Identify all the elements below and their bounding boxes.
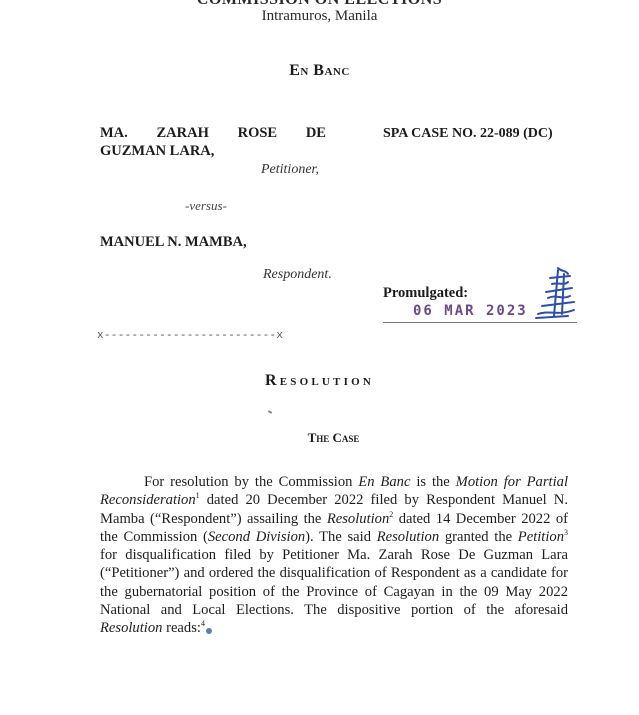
body-text-segment: Resolution: [327, 511, 389, 527]
footnote-ref[interactable]: 3: [564, 528, 568, 537]
footnote-ref[interactable]: 4: [201, 620, 205, 629]
petitioner-name-word: ZARAH: [157, 125, 209, 142]
petitioner-name-word: ROSE: [238, 125, 278, 142]
body-text-segment: Petition: [518, 529, 564, 545]
body-text-segment: Second Division: [208, 529, 305, 545]
body-paragraph: For resolution by the Commission En Banc…: [100, 473, 568, 638]
case-number: SPA CASE NO. 22-089 (DC): [383, 126, 553, 142]
petitioner-name-word: DE: [306, 125, 326, 142]
agency-location: Intramuros, Manila: [0, 8, 639, 25]
petitioner-name-line2: GUZMAN LARA,: [100, 143, 214, 160]
promulgated-label: Promulgated:: [383, 285, 468, 302]
section-heading: The Case: [0, 430, 639, 446]
annotation-marker-icon: [206, 628, 212, 634]
body-text-segment: is the: [410, 474, 455, 490]
body-text-segment: Resolution: [377, 529, 439, 545]
promulgated-rule: [383, 322, 577, 323]
body-text-segment: for disqualification filed by Petitioner…: [100, 547, 568, 618]
promulgated-date-stamp: 06 MAR 2023: [413, 303, 528, 319]
petitioner-role: Petitioner,: [261, 162, 319, 178]
body-text-segment: granted the: [439, 529, 518, 545]
scan-mark: [268, 410, 272, 414]
versus-label: -versus-: [185, 198, 227, 214]
petitioner-name-word: MA.: [100, 125, 128, 142]
document-title: Resolution: [0, 372, 639, 390]
body-text-segment: For resolution by the Commission: [144, 474, 358, 490]
body-text-segment: reads:: [162, 620, 201, 636]
division-heading: En Banc: [0, 62, 639, 80]
caption-separator: x-------------------------x: [97, 330, 283, 342]
signature-icon: [528, 264, 578, 322]
body-text-segment: Resolution: [100, 620, 162, 636]
body-text-segment: En Banc: [358, 474, 410, 490]
petitioner-name-line1: MA. ZARAH ROSE DE: [100, 125, 326, 142]
respondent-name: MANUEL N. MAMBA,: [100, 234, 247, 251]
respondent-role: Respondent.: [263, 267, 332, 283]
body-text-segment: ). The said: [305, 529, 377, 545]
